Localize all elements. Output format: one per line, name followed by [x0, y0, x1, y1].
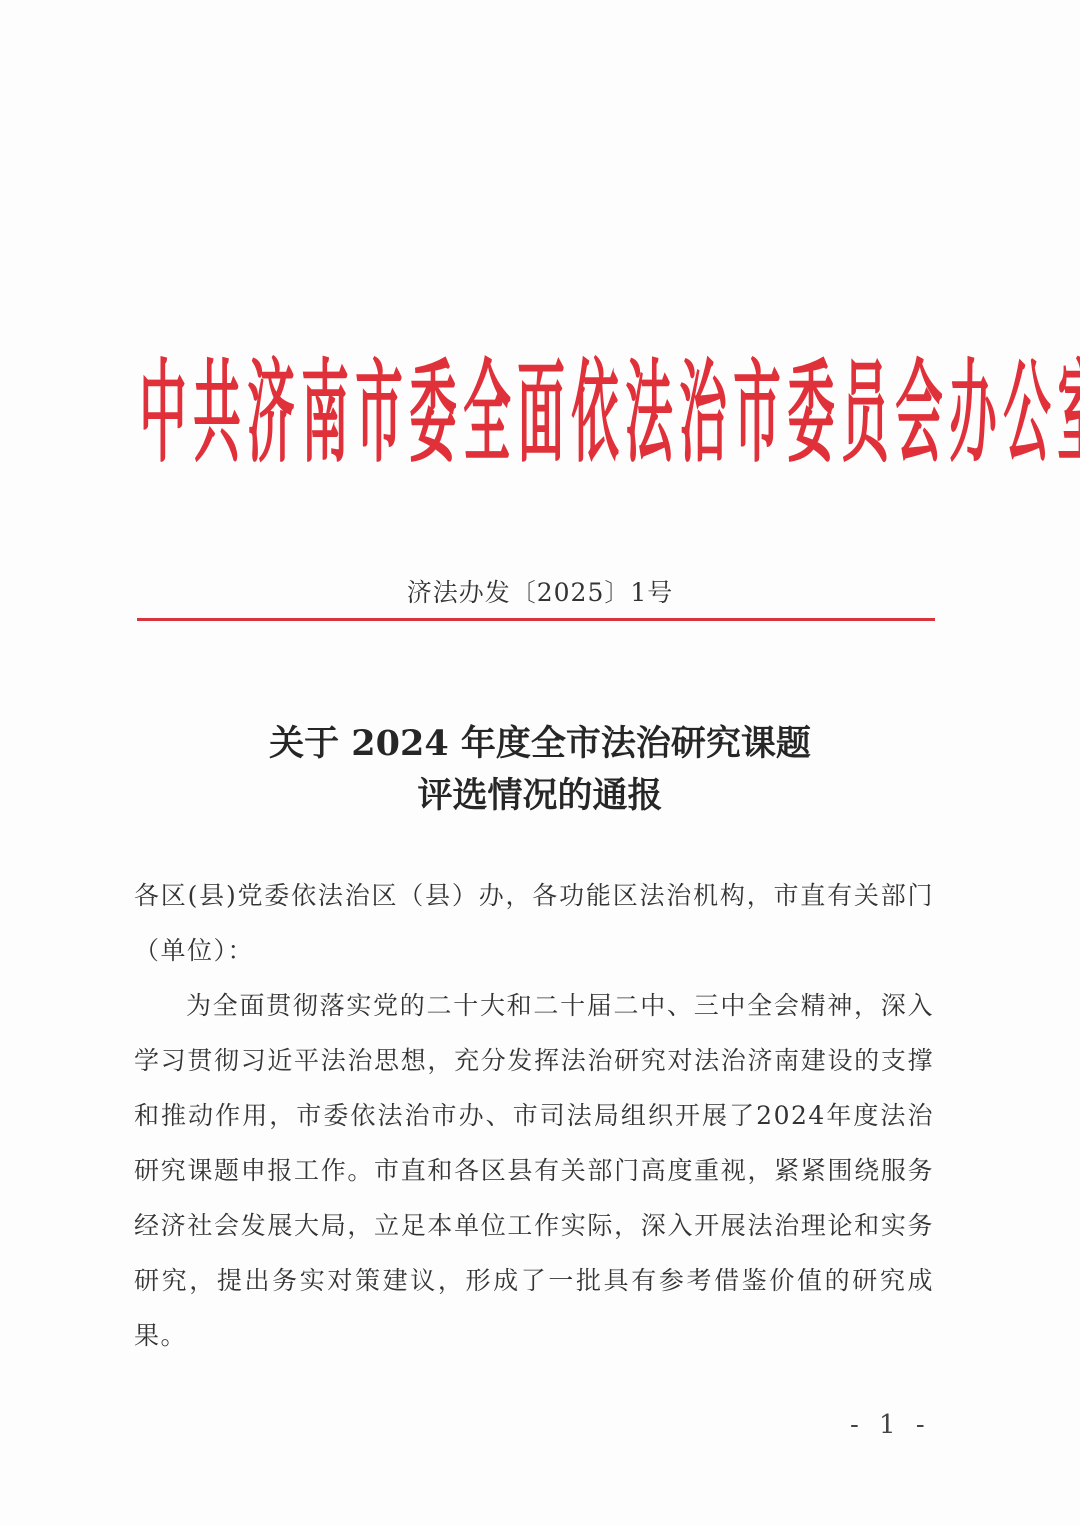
masthead-char: 中: [139, 359, 187, 470]
masthead-char: 南: [301, 359, 349, 470]
title-line-2: 评选情况的通报: [0, 770, 1080, 822]
masthead-char: 治: [679, 359, 727, 470]
document-masthead: 中共济南市委全面依法治市委员会办公室文件: [136, 348, 936, 480]
masthead-char: 面: [517, 359, 565, 470]
masthead-char: 市: [355, 359, 403, 470]
masthead-char: 会: [895, 359, 943, 470]
masthead-char: 委: [787, 359, 835, 470]
document-body: 各区(县)党委依法治区（县）办，各功能区法治机构，市直有关部门（单位）： 为全面…: [134, 868, 934, 1363]
masthead-char: 法: [625, 359, 673, 470]
title-line-1: 关于 2024 年度全市法治研究课题: [0, 718, 1080, 770]
salutation: 各区(县)党委依法治区（县）办，各功能区法治机构，市直有关部门（单位）：: [134, 868, 934, 978]
masthead-char: 市: [733, 359, 781, 470]
page-number: - 1 -: [850, 1410, 931, 1440]
body-paragraph: 为全面贯彻落实党的二十大和二十届二中、三中全会精神，深入学习贯彻习近平法治思想，…: [134, 978, 934, 1363]
masthead-char: 室: [1057, 359, 1080, 470]
masthead-char: 济: [247, 359, 295, 470]
masthead-char: 员: [841, 359, 889, 470]
masthead-char: 全: [463, 359, 511, 470]
masthead-char: 公: [1003, 359, 1051, 470]
masthead-char: 办: [949, 359, 997, 470]
document-number: 济法办发〔2025〕1号: [0, 573, 1080, 609]
masthead-char: 依: [571, 359, 619, 470]
document-title: 关于 2024 年度全市法治研究课题 评选情况的通报: [0, 718, 1080, 822]
document-page: 中共济南市委全面依法治市委员会办公室文件 济法办发〔2025〕1号 关于 202…: [0, 0, 1080, 1526]
masthead-char: 委: [409, 359, 457, 470]
masthead-char: 共: [193, 359, 241, 470]
red-divider-line: [137, 618, 935, 621]
